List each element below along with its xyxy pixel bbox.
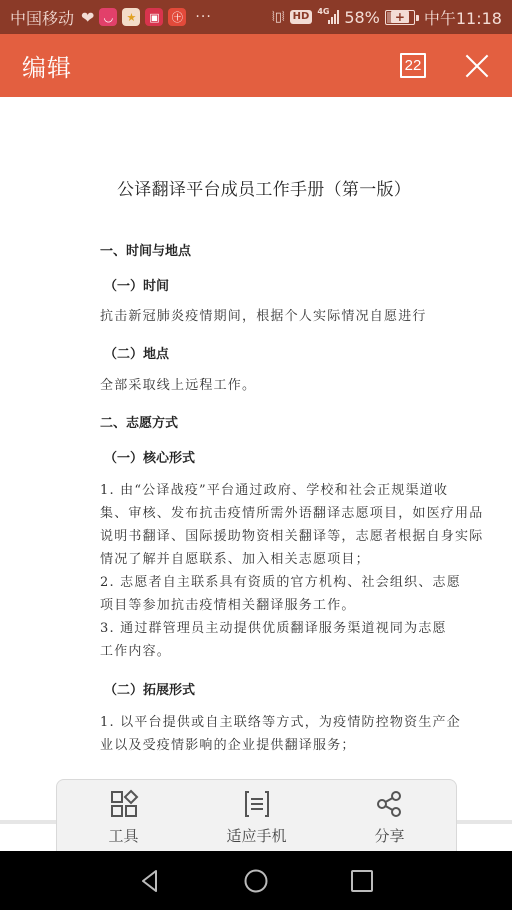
photo-app-icon: ◡ [99,8,117,26]
subsection-heading: （二）地点 [104,343,169,362]
star-app-icon: ★ [122,8,140,26]
share-button[interactable]: 分享 [335,789,445,846]
fit-phone-button[interactable]: 适应手机 [202,789,312,846]
charging-icon: + [391,11,409,23]
carrier-name: 中国移动 [10,6,74,29]
section-heading: 二、志愿方式 [100,412,178,431]
status-bar-right: ⦚▯⦚ HD 4G 58% + 中午11:18 [272,6,502,29]
signal-icon: 4G [317,10,339,24]
subsection-heading: （一）核心形式 [104,447,195,466]
share-label: 分享 [374,825,404,846]
status-bar: 中国移动 ❤ ◡ ★ ▣ ㊉ ··· ⦚▯⦚ HD 4G 58% + 中午11:… [0,0,512,34]
toolbar-actions: 22 [400,53,490,79]
paragraph-line: 1. 以平台提供或自主联络等方式，为疫情防控物资生产企 [100,711,461,734]
status-bar-left: 中国移动 ❤ ◡ ★ ▣ ㊉ ··· [10,6,212,29]
app-toolbar: 编辑 22 [0,34,512,97]
paragraph-line: 情况了解并自愿联系、加入相关志愿项目； [100,548,370,571]
toolbar-title: 编辑 [22,48,72,83]
tools-label: 工具 [108,825,138,846]
clock: 中午11:18 [424,6,502,29]
paragraph-line: 1. 由“公译战疫”平台通过政府、学校和社会正规渠道收 [100,479,448,502]
subsection-heading: （一）时间 [104,275,169,294]
share-icon [375,789,405,819]
recents-icon[interactable] [349,868,375,894]
shopping-bag-icon: ▣ [145,8,163,26]
paragraph: 抗击新冠肺炎疫情期间，根据个人实际情况自愿进行 [100,305,427,328]
document-viewer[interactable]: 公译翻译平台成员工作手册（第一版） 一、时间与地点 （一）时间 抗击新冠肺炎疫情… [0,97,512,824]
more-dots-icon: ··· [195,9,211,25]
subsection-heading: （二）拓展形式 [104,679,195,698]
paragraph-line: 业以及受疫情影响的企业提供翻译服务； [100,734,356,757]
paragraph-line: 工作内容。 [100,640,171,663]
home-icon[interactable] [243,868,269,894]
back-icon[interactable] [137,868,163,894]
bottom-action-panel: 工具 适应手机 分享 [56,779,457,852]
vibrate-icon: ⦚▯⦚ [272,10,285,25]
system-nav-bar [0,851,512,910]
tools-grid-icon [109,789,139,819]
promo-app-icon: ㊉ [168,8,186,26]
battery-icon: + [385,10,415,25]
network-type: 4G [317,7,329,16]
hd-voice-icon: HD [290,10,313,24]
close-button[interactable] [464,53,490,79]
document-title: 公译翻译平台成员工作手册（第一版） [117,175,457,200]
tools-button[interactable]: 工具 [69,789,179,846]
paragraph-line: 说明书翻译、国际援助物资相关翻译等，志愿者根据自身实际 [100,525,483,548]
paragraph-line: 集、审核、发布抗击疫情所需外语翻译志愿项目，如医疗用品 [100,502,483,525]
paragraph-line: 项目等参加抗击疫情相关翻译服务工作。 [100,594,356,617]
fit-phone-label: 适应手机 [226,825,286,846]
paragraph-line: 3. 通过群管理员主动提供优质翻译服务渠道视同为志愿 [100,617,447,640]
paragraph: 全部采取线上远程工作。 [100,374,256,397]
fit-phone-icon [242,789,272,819]
paragraph-line: 2. 志愿者自主联系具有资质的官方机构、社会组织、志愿 [100,571,461,594]
page-count-button[interactable]: 22 [400,53,426,78]
section-heading: 一、时间与地点 [100,240,191,259]
battery-percent: 58% [344,8,380,27]
heart-rate-icon: ❤ [81,8,94,27]
